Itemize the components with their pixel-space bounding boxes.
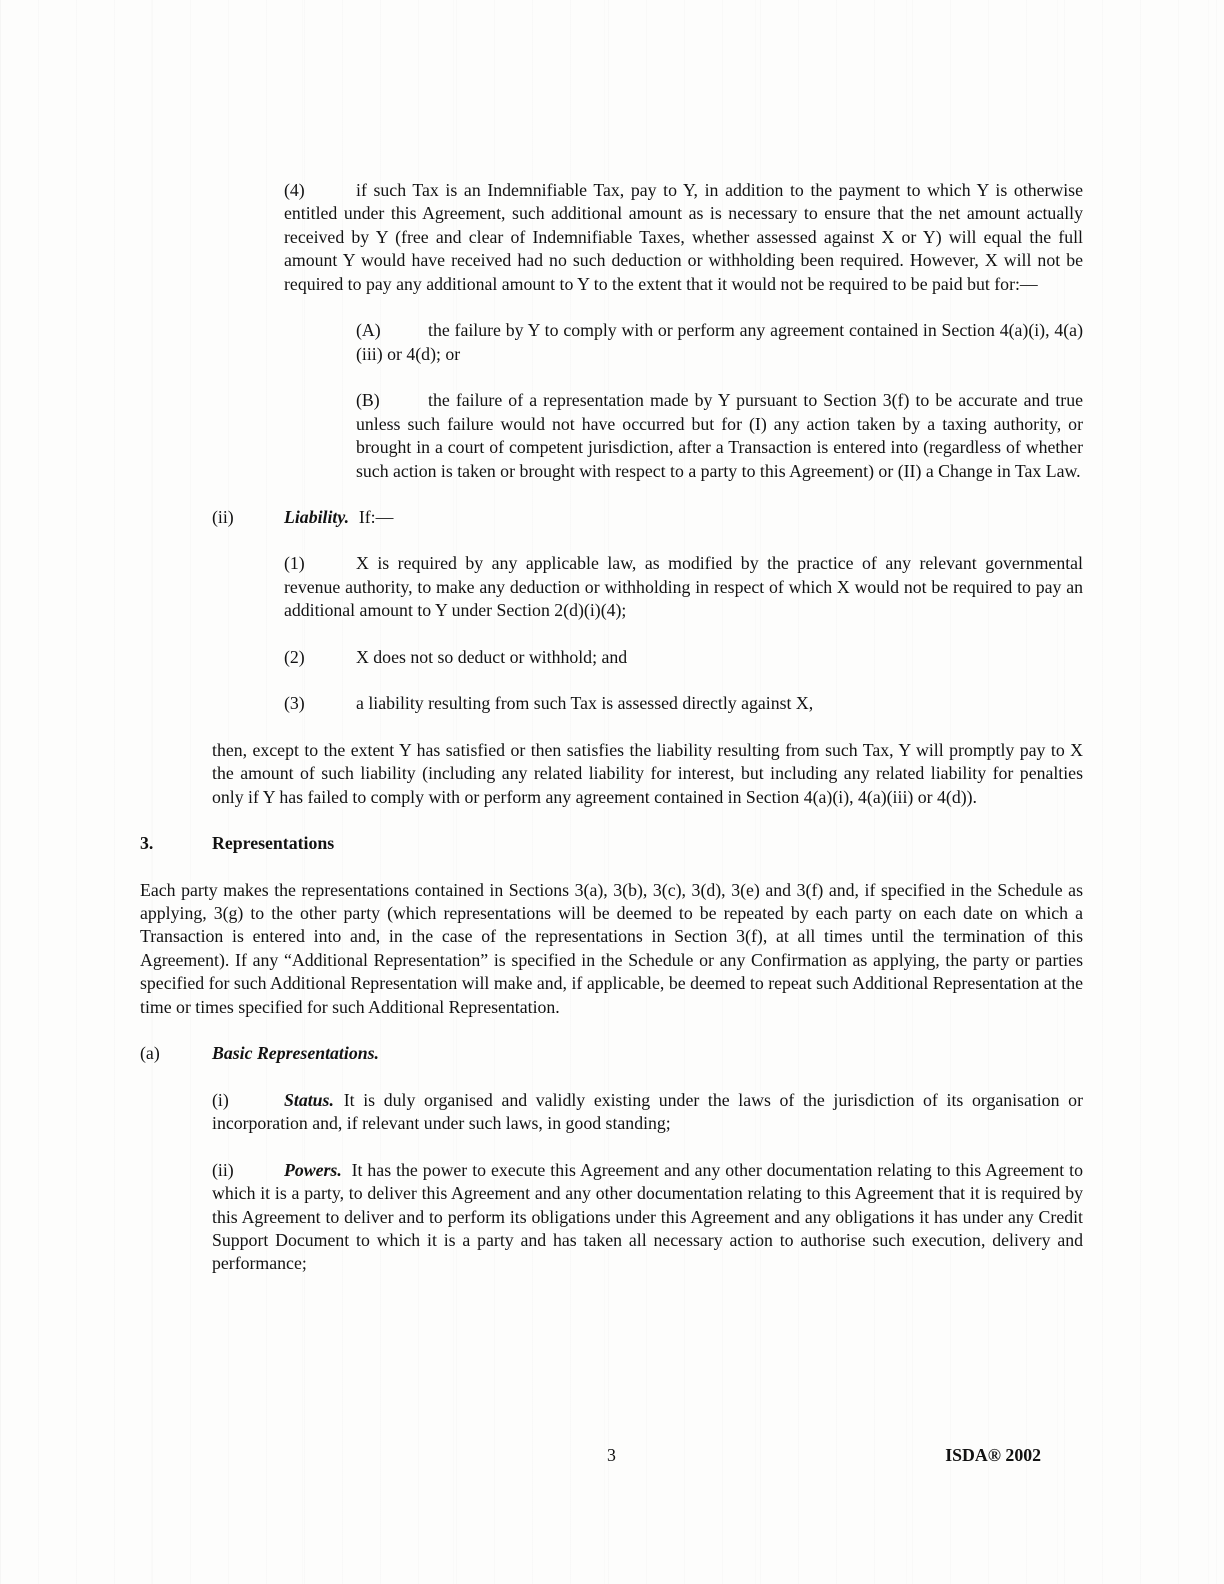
document-body: (4)if such Tax is an Indemnifiable Tax, … xyxy=(140,179,1083,1276)
defined-term: Powers. xyxy=(284,1160,342,1180)
representation-i-status: (i)Status.It is duly organised and valid… xyxy=(212,1089,1083,1136)
clause-text: X is required by any applicable law, as … xyxy=(284,553,1083,620)
clause-text: If:— xyxy=(359,507,394,527)
clause-text: then, except to the extent Y has satisfi… xyxy=(212,740,1083,807)
defined-term: Basic Representations. xyxy=(212,1043,379,1063)
clause-text: Each party makes the representations con… xyxy=(140,880,1083,1017)
isda-trademark: ISDA® 2002 xyxy=(945,1444,1041,1467)
document-page: (4)if such Tax is an Indemnifiable Tax, … xyxy=(0,0,1224,1584)
clause-number: (4) xyxy=(284,179,356,202)
clause-text: the failure by Y to comply with or perfo… xyxy=(356,320,1083,363)
clause-text: It is duly organised and validly existin… xyxy=(212,1090,1083,1133)
section-3-intro: Each party makes the representations con… xyxy=(140,879,1083,1020)
subclause-A-failure-to-comply: (A)the failure by Y to comply with or pe… xyxy=(356,319,1083,366)
defined-term: Status. xyxy=(284,1090,334,1110)
representation-ii-powers: (ii)Powers.It has the power to execute t… xyxy=(212,1159,1083,1276)
clause-number: (a) xyxy=(140,1042,212,1065)
clause-number: (i) xyxy=(212,1089,284,1112)
clause-number: (3) xyxy=(284,692,356,715)
clause-text: if such Tax is an Indemnifiable Tax, pay… xyxy=(284,180,1083,294)
clause-number: (2) xyxy=(284,646,356,669)
clause-number: (B) xyxy=(356,389,428,412)
clause-ii-liability: (ii)Liability.If:— xyxy=(212,506,1083,529)
liability-item-3: (3)a liability resulting from such Tax i… xyxy=(284,692,1083,715)
clause-number: (A) xyxy=(356,319,428,342)
clause-text: It has the power to execute this Agreeme… xyxy=(212,1160,1083,1274)
clause-text: the failure of a representation made by … xyxy=(356,390,1083,480)
clause-text: X does not so deduct or withhold; and xyxy=(356,647,627,667)
liability-closing-text: then, except to the extent Y has satisfi… xyxy=(212,739,1083,809)
subclause-B-failure-of-representation: (B)the failure of a representation made … xyxy=(356,389,1083,483)
section-number: 3. xyxy=(140,832,212,855)
clause-text: a liability resulting from such Tax is a… xyxy=(356,693,813,713)
page-number: 3 xyxy=(140,1444,1083,1467)
clause-2d-i-4-indemnifiable-tax: (4)if such Tax is an Indemnifiable Tax, … xyxy=(284,179,1083,296)
clause-number: (ii) xyxy=(212,506,284,529)
clause-number: (1) xyxy=(284,552,356,575)
section-3-heading: 3.Representations xyxy=(140,832,1083,855)
clause-a-basic-representations: (a)Basic Representations. xyxy=(140,1042,1083,1065)
page-footer: 3 ISDA® 2002 xyxy=(140,1444,1083,1472)
liability-item-2: (2)X does not so deduct or withhold; and xyxy=(284,646,1083,669)
liability-item-1: (1)X is required by any applicable law, … xyxy=(284,552,1083,622)
clause-number: (ii) xyxy=(212,1159,284,1182)
defined-term: Liability. xyxy=(284,507,349,527)
section-title: Representations xyxy=(212,833,334,853)
